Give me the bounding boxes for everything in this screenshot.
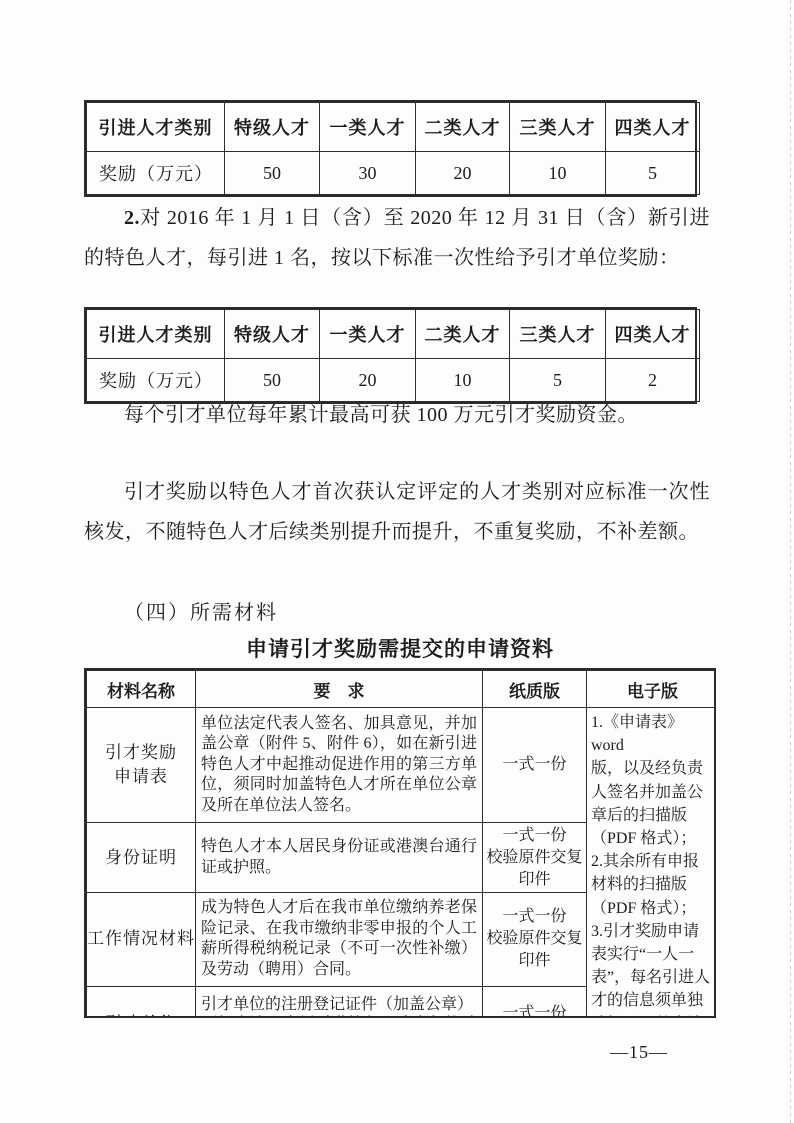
header-cell: 二类人才 [416,103,510,152]
header-cell: 引进人才类别 [87,310,225,359]
material-requirement-cell: 单位法定代表人签名、加具意见，并加盖公章（附件 5、附件 6），如在新引进特色人… [196,708,483,823]
materials-table-title: 申请引才奖励需提交的申请资料 [84,633,716,663]
header-cell: 一类人才 [320,103,416,152]
paragraph-cap-limit: 每个引才单位每年累计最高可获 100 万元引才奖励资金。 [84,395,710,435]
material-name-cell: 引才奖励 申请表 [87,708,196,823]
material-requirement-cell: 引才单位的注册登记证件（加盖公章） （如申请人为新引进特色人才中起推动促进作用的… [196,986,483,1018]
materials-row-application-form: 引才奖励 申请表 单位法定代表人签名、加具意见，并加盖公章（附件 5、附件 6）… [87,708,717,823]
paragraph-number: 2. [124,207,140,229]
paragraph-2016-rule: 2.对 2016 年 1 月 1 日（含）至 2020 年 12 月 31 日（… [84,198,710,278]
header-cell: 特级人才 [225,310,320,359]
header-cell: 材料名称 [87,671,196,708]
electronic-copy-cell: 1.《申请表》word 版，以及经负责 人签名并加盖公 章后的扫描版 （PDF … [587,708,717,1019]
page-number: —15— [610,1042,668,1063]
paragraph-one-time-rule: 引才奖励以特色人才首次获认定评定的人才类别对应标准一次性核发，不随特色人才后续类… [84,472,710,552]
materials-table: 材料名称 要 求 纸质版 电子版 引才奖励 申请表 单位法定代表人签名、加具意见… [84,668,716,1018]
material-name-cell: 身份证明 [87,822,196,892]
header-cell: 引进人才类别 [87,103,225,152]
material-name-cell: 引才单位 主体材料 [87,986,196,1018]
value-cell: 30 [320,152,416,195]
paper-copy-cell: 一式一份 校验原件交复 印件 [483,893,587,986]
material-name-cell: 工作情况材料 [87,893,196,986]
reward-table-2021: 引进人才类别 特级人才 一类人才 二类人才 三类人才 四类人才 奖励（万元） 5… [84,100,697,197]
header-cell: 一类人才 [320,310,416,359]
paper-copy-cell: 一式一份 [483,708,587,823]
paper-copy-cell: 一式一份 校验原件交复 印件 [483,986,587,1018]
material-requirement-cell: 成为特色人才后在我市单位缴纳养老保险记录、在我市缴纳非零申报的个人工薪所得税纳税… [196,893,483,986]
material-requirement-cell: 特色人才本人居民身份证或港澳台通行证或护照。 [196,822,483,892]
paper-copy-cell: 一式一份 校验原件交复 印件 [483,822,587,892]
document-page: 引进人才类别 特级人才 一类人才 二类人才 三类人才 四类人才 奖励（万元） 5… [0,0,794,1123]
header-cell: 纸质版 [483,671,587,708]
header-cell: 二类人才 [416,310,510,359]
header-cell: 特级人才 [225,103,320,152]
value-cell: 50 [225,152,320,195]
header-cell: 三类人才 [510,103,606,152]
header-cell: 三类人才 [510,310,606,359]
header-cell: 电子版 [587,671,717,708]
reward-table-2016: 引进人才类别 特级人才 一类人才 二类人才 三类人才 四类人才 奖励（万元） 5… [84,307,697,404]
scan-edge-artifact [790,0,791,1123]
reward-table-2016-header-row: 引进人才类别 特级人才 一类人才 二类人才 三类人才 四类人才 [87,310,700,359]
reward-table-2021-header-row: 引进人才类别 特级人才 一类人才 二类人才 三类人才 四类人才 [87,103,700,152]
header-cell: 要 求 [196,671,483,708]
section-heading-materials: （四）所需材料 [84,596,710,625]
materials-header-row: 材料名称 要 求 纸质版 电子版 [87,671,717,708]
value-cell: 20 [416,152,510,195]
header-cell: 四类人才 [606,310,700,359]
value-cell: 5 [606,152,700,195]
value-cell: 10 [510,152,606,195]
paragraph-text: 对 2016 年 1 月 1 日（含）至 2020 年 12 月 31 日（含）… [84,207,710,269]
row-label-cell: 奖励（万元） [87,152,225,195]
reward-table-2021-data-row: 奖励（万元） 50 30 20 10 5 [87,152,700,195]
header-cell: 四类人才 [606,103,700,152]
